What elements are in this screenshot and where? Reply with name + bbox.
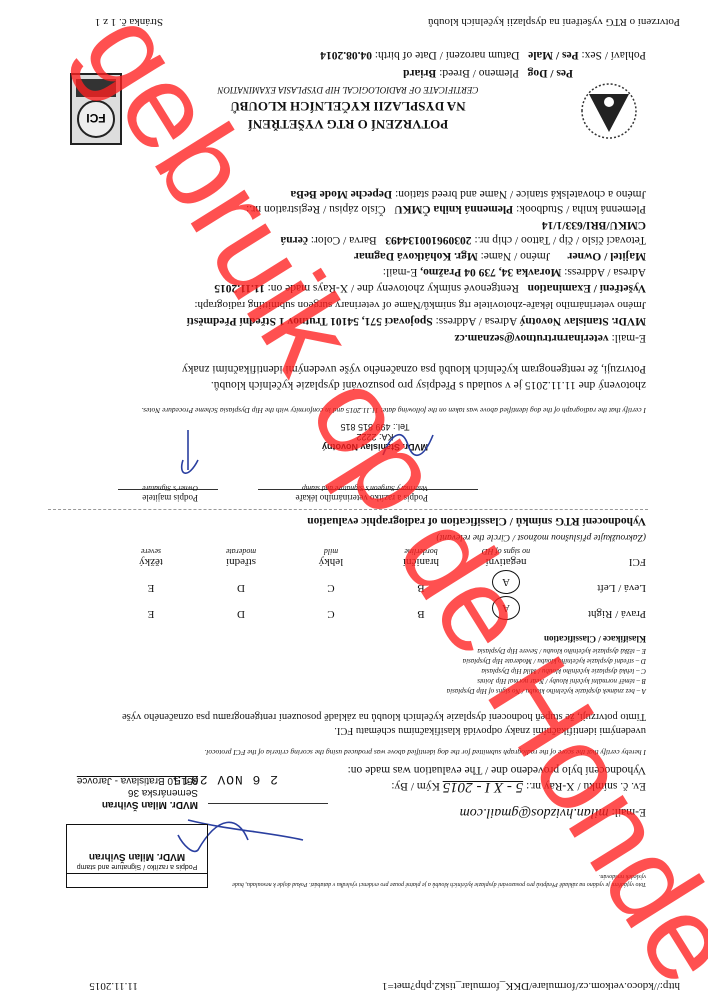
- owner-label: Majitel / Owner: [567, 250, 646, 262]
- vet-address-value: Spojovací 571, 54101 Trutnov 1 Střední P…: [187, 315, 433, 327]
- grade-letter: D: [237, 582, 245, 594]
- grade-letter: A: [492, 570, 520, 594]
- chip-value: 203096100134493: [385, 234, 471, 246]
- certificate-title-1: POTVRZENÍ O RTG VYŠETŘENÍ: [138, 116, 558, 132]
- grade-letter: B: [417, 608, 424, 620]
- sex-value: Pes / Male: [528, 49, 578, 61]
- grade-option[interactable]: A: [466, 596, 546, 620]
- eval-xray-label: Ev. č. snímku / X-Ray nr.:: [526, 780, 646, 792]
- dob-label: Datum narození / Date of birth:: [375, 49, 520, 61]
- club-logo: [580, 80, 638, 142]
- studbook-value: Plemenná kniha ČMKU: [394, 203, 513, 215]
- classification-item: A – bez známek dysplazie kyčelního kloub…: [447, 686, 646, 696]
- vet-address-label: Adresa / Address:: [436, 315, 518, 327]
- print-header-title: Potvrzení o RTG vyšetření na dysplazii k…: [428, 16, 680, 28]
- eval-title: Vyhodnocení RTG snímků / Classification …: [307, 515, 646, 527]
- color-label: Barva / Color:: [311, 234, 377, 246]
- confirm-text-1: Potvrzuji, že rentgenogram kyčelních klo…: [182, 363, 646, 375]
- owner-signature-label-cz: Podpis majitele: [142, 493, 198, 503]
- registration-value: CMKU/BRI/633/1/14: [542, 219, 646, 231]
- vet-signature: [378, 425, 438, 465]
- evaluator-stamp: MVDr. Milan Švihran: [67, 851, 207, 861]
- stamp-box-header: [67, 873, 207, 887]
- eval-note: (Zakroužkujte příslušnou možnost / Circl…: [436, 532, 646, 542]
- grade-option[interactable]: D: [196, 570, 286, 594]
- owner-signature-label-en: Owner's Signature: [142, 483, 198, 493]
- grade-option[interactable]: A: [466, 570, 546, 594]
- vet-email-value: veterinarnrtrutnov@seznam.cz: [455, 332, 609, 344]
- grade-option[interactable]: E: [106, 596, 196, 620]
- eval-col-en: no signs of HD: [466, 547, 546, 556]
- classification-item: D – střední dysplazie kyčelního kloubu /…: [447, 656, 646, 666]
- print-footer-date: 11.11.2015: [89, 980, 138, 992]
- vet-label: Jméno veterinárního lékaře-zhotovitele r…: [194, 299, 646, 311]
- print-footer-url: http://kdoco.vetkom.cz/formulare/DKK_for…: [382, 980, 680, 992]
- eval-table-header: FCI negativníno signs of HD hraničníbord…: [66, 547, 646, 568]
- color-value: černá: [281, 234, 308, 246]
- result-text-2: uvedenými identifikačními znaky odpovídá…: [334, 725, 646, 736]
- eval-col-en: moderate: [196, 547, 286, 556]
- grade-letter: C: [327, 582, 334, 594]
- owner-address-label: Adresa / Address:: [564, 266, 646, 278]
- grade-letter: D: [237, 608, 245, 620]
- breed-label: Plemeno / Breed:: [439, 67, 519, 79]
- classification-title: Klasifikace / Classification: [544, 634, 646, 644]
- eval-row-label: Levá / Left: [546, 570, 646, 594]
- evaluator-stamp-box: Podpis a razítko / Signature and stamp M…: [66, 824, 208, 888]
- eval-row-right: Pravá / RightABCDE: [66, 596, 646, 620]
- eval-email-label: E-mail:: [612, 806, 647, 818]
- chip-label: Tetovací číslo / čip / Tattoo / chip nr.…: [474, 234, 646, 246]
- vet-email-label: E-mail:: [612, 332, 647, 344]
- eval-col-en: mild: [286, 547, 376, 556]
- owner-signature-label: Podpis majitele Owner's Signature: [142, 483, 198, 503]
- grade-option[interactable]: C: [286, 596, 376, 620]
- eval-row-left: Levá / LeftABCDE: [66, 570, 646, 594]
- eval-col-cz: hraniční: [376, 556, 466, 568]
- eval-col: negativníno signs of HD: [466, 547, 546, 568]
- xray-date-label: Rentgenové snímky zhotoveny dne / X-Rays…: [268, 282, 519, 294]
- grade-letter: B: [417, 582, 424, 594]
- eval-col: těžkýsevere: [106, 547, 196, 568]
- breed-value: Briard: [403, 67, 436, 79]
- eval-col: střednímoderate: [196, 547, 286, 568]
- eval-xray-value: 5 - X I - 2015: [443, 779, 523, 795]
- result-text-1: Tímto potvrzuji, že stupeň hodnocení dys…: [122, 711, 646, 722]
- owner-name-label: Jméno / Name:: [481, 250, 551, 262]
- certificate-title-2: NA DYSPLAZII KYČELNÍCH KLOUBŮ: [138, 98, 558, 114]
- result-text-en: I hereby certify that the score of the r…: [76, 747, 646, 757]
- dog-name-label: Jméno a chovatelská stanice / Name and b…: [395, 188, 646, 200]
- eval-col-cz: lehký: [286, 556, 376, 568]
- vet-signature-label-cz: Podpis a razítko veterinárního lékaře: [296, 493, 428, 503]
- eval-date-label: Vyhodnocení bylo provedeno dne / The eva…: [348, 764, 646, 776]
- print-page-indicator: Stránka č. 1 z 1: [95, 16, 163, 28]
- eval-col-en: severe: [106, 547, 196, 556]
- grade-letter: A: [492, 596, 520, 620]
- owner-signature: [168, 425, 208, 485]
- vet-name: MVDr. Stanislav Novotný: [520, 315, 646, 327]
- certificate-subtitle: CERTIFICATE OF RADIOLOGICAL HIP DYSPLASI…: [138, 85, 558, 95]
- grade-option[interactable]: B: [376, 570, 466, 594]
- grade-option[interactable]: E: [106, 570, 196, 594]
- classification-item: E – těžká dysplazie kyčelního kloubu / S…: [447, 646, 646, 656]
- classification-item: C – lehká dysplazie kyčelního kloubu / M…: [447, 666, 646, 676]
- sex-label: Pohlaví / Sex:: [581, 49, 646, 61]
- footnote: Toto vyjádření je vydáno na základě Před…: [216, 872, 646, 888]
- grade-letter: E: [148, 608, 155, 620]
- classification-item: B – téměř normální kyčelní klouby / Near…: [447, 676, 646, 686]
- fci-logo: FCI: [70, 73, 122, 145]
- examination-label: Vyšetření / Examination: [528, 282, 646, 294]
- eval-col: lehkýmild: [286, 547, 376, 568]
- evaluator-address-1: Semenárska 36: [77, 786, 198, 798]
- eval-row-label: Pravá / Right: [546, 596, 646, 620]
- registration-label: Číslo zápisu / Registration nr.:: [246, 203, 386, 215]
- grade-letter: E: [148, 582, 155, 594]
- owner-email-label: E-mail:: [383, 266, 418, 278]
- owner-address-value: Moravka 34, 739 04 Pražmo,: [420, 266, 561, 278]
- eval-col-cz: střední: [196, 556, 286, 568]
- vet-signature-label-en: Veterinary Surgeon's Signature and stamp: [296, 483, 428, 493]
- owner-name-value: Mgr. Kohátková Dagmar: [354, 250, 478, 262]
- svg-text:FCI: FCI: [86, 111, 105, 125]
- eval-col-cz: těžký: [106, 556, 196, 568]
- confirm-text-en: I certify that the radiograph of the dog…: [66, 405, 646, 416]
- studbook-label: Plemenná kniha / Studbook:: [516, 203, 646, 215]
- eval-email-value: milan.hvizdos@gmail.com: [460, 805, 609, 820]
- classification-list: A – bez známek dysplazie kyčelního kloub…: [447, 646, 646, 696]
- species-label: Pes / Dog: [528, 67, 573, 79]
- dog-name-value: Depeche Mode BeBa: [291, 188, 393, 200]
- eval-col: hraničníborderline: [376, 547, 466, 568]
- eval-col-cz: negativní: [466, 556, 546, 568]
- evaluator-address-2: 851 10 Bratislava - Jarovce: [77, 774, 198, 786]
- eval-by-label: Kým / By:: [391, 780, 440, 792]
- grade-option[interactable]: B: [376, 596, 466, 620]
- vet-signature-label: Podpis a razítko veterinárního lékaře Ve…: [296, 483, 428, 503]
- grade-letter: C: [327, 608, 334, 620]
- eval-signature-label: Podpis a razítko / Signature and stamp: [67, 861, 207, 871]
- dob-value: 04.08.2014: [320, 49, 372, 61]
- confirm-text-2: zhotovený dne 11.11.2015 je v souladu s …: [211, 379, 646, 391]
- eval-col-fci: FCI: [546, 547, 646, 568]
- xray-date-value: 11.11.2015: [214, 282, 264, 294]
- grade-option[interactable]: D: [196, 596, 286, 620]
- grade-option[interactable]: C: [286, 570, 376, 594]
- eval-col-en: borderline: [376, 547, 466, 556]
- scanned-document-page: Potvrzení o RTG vyšetření na dysplazii k…: [0, 0, 708, 1000]
